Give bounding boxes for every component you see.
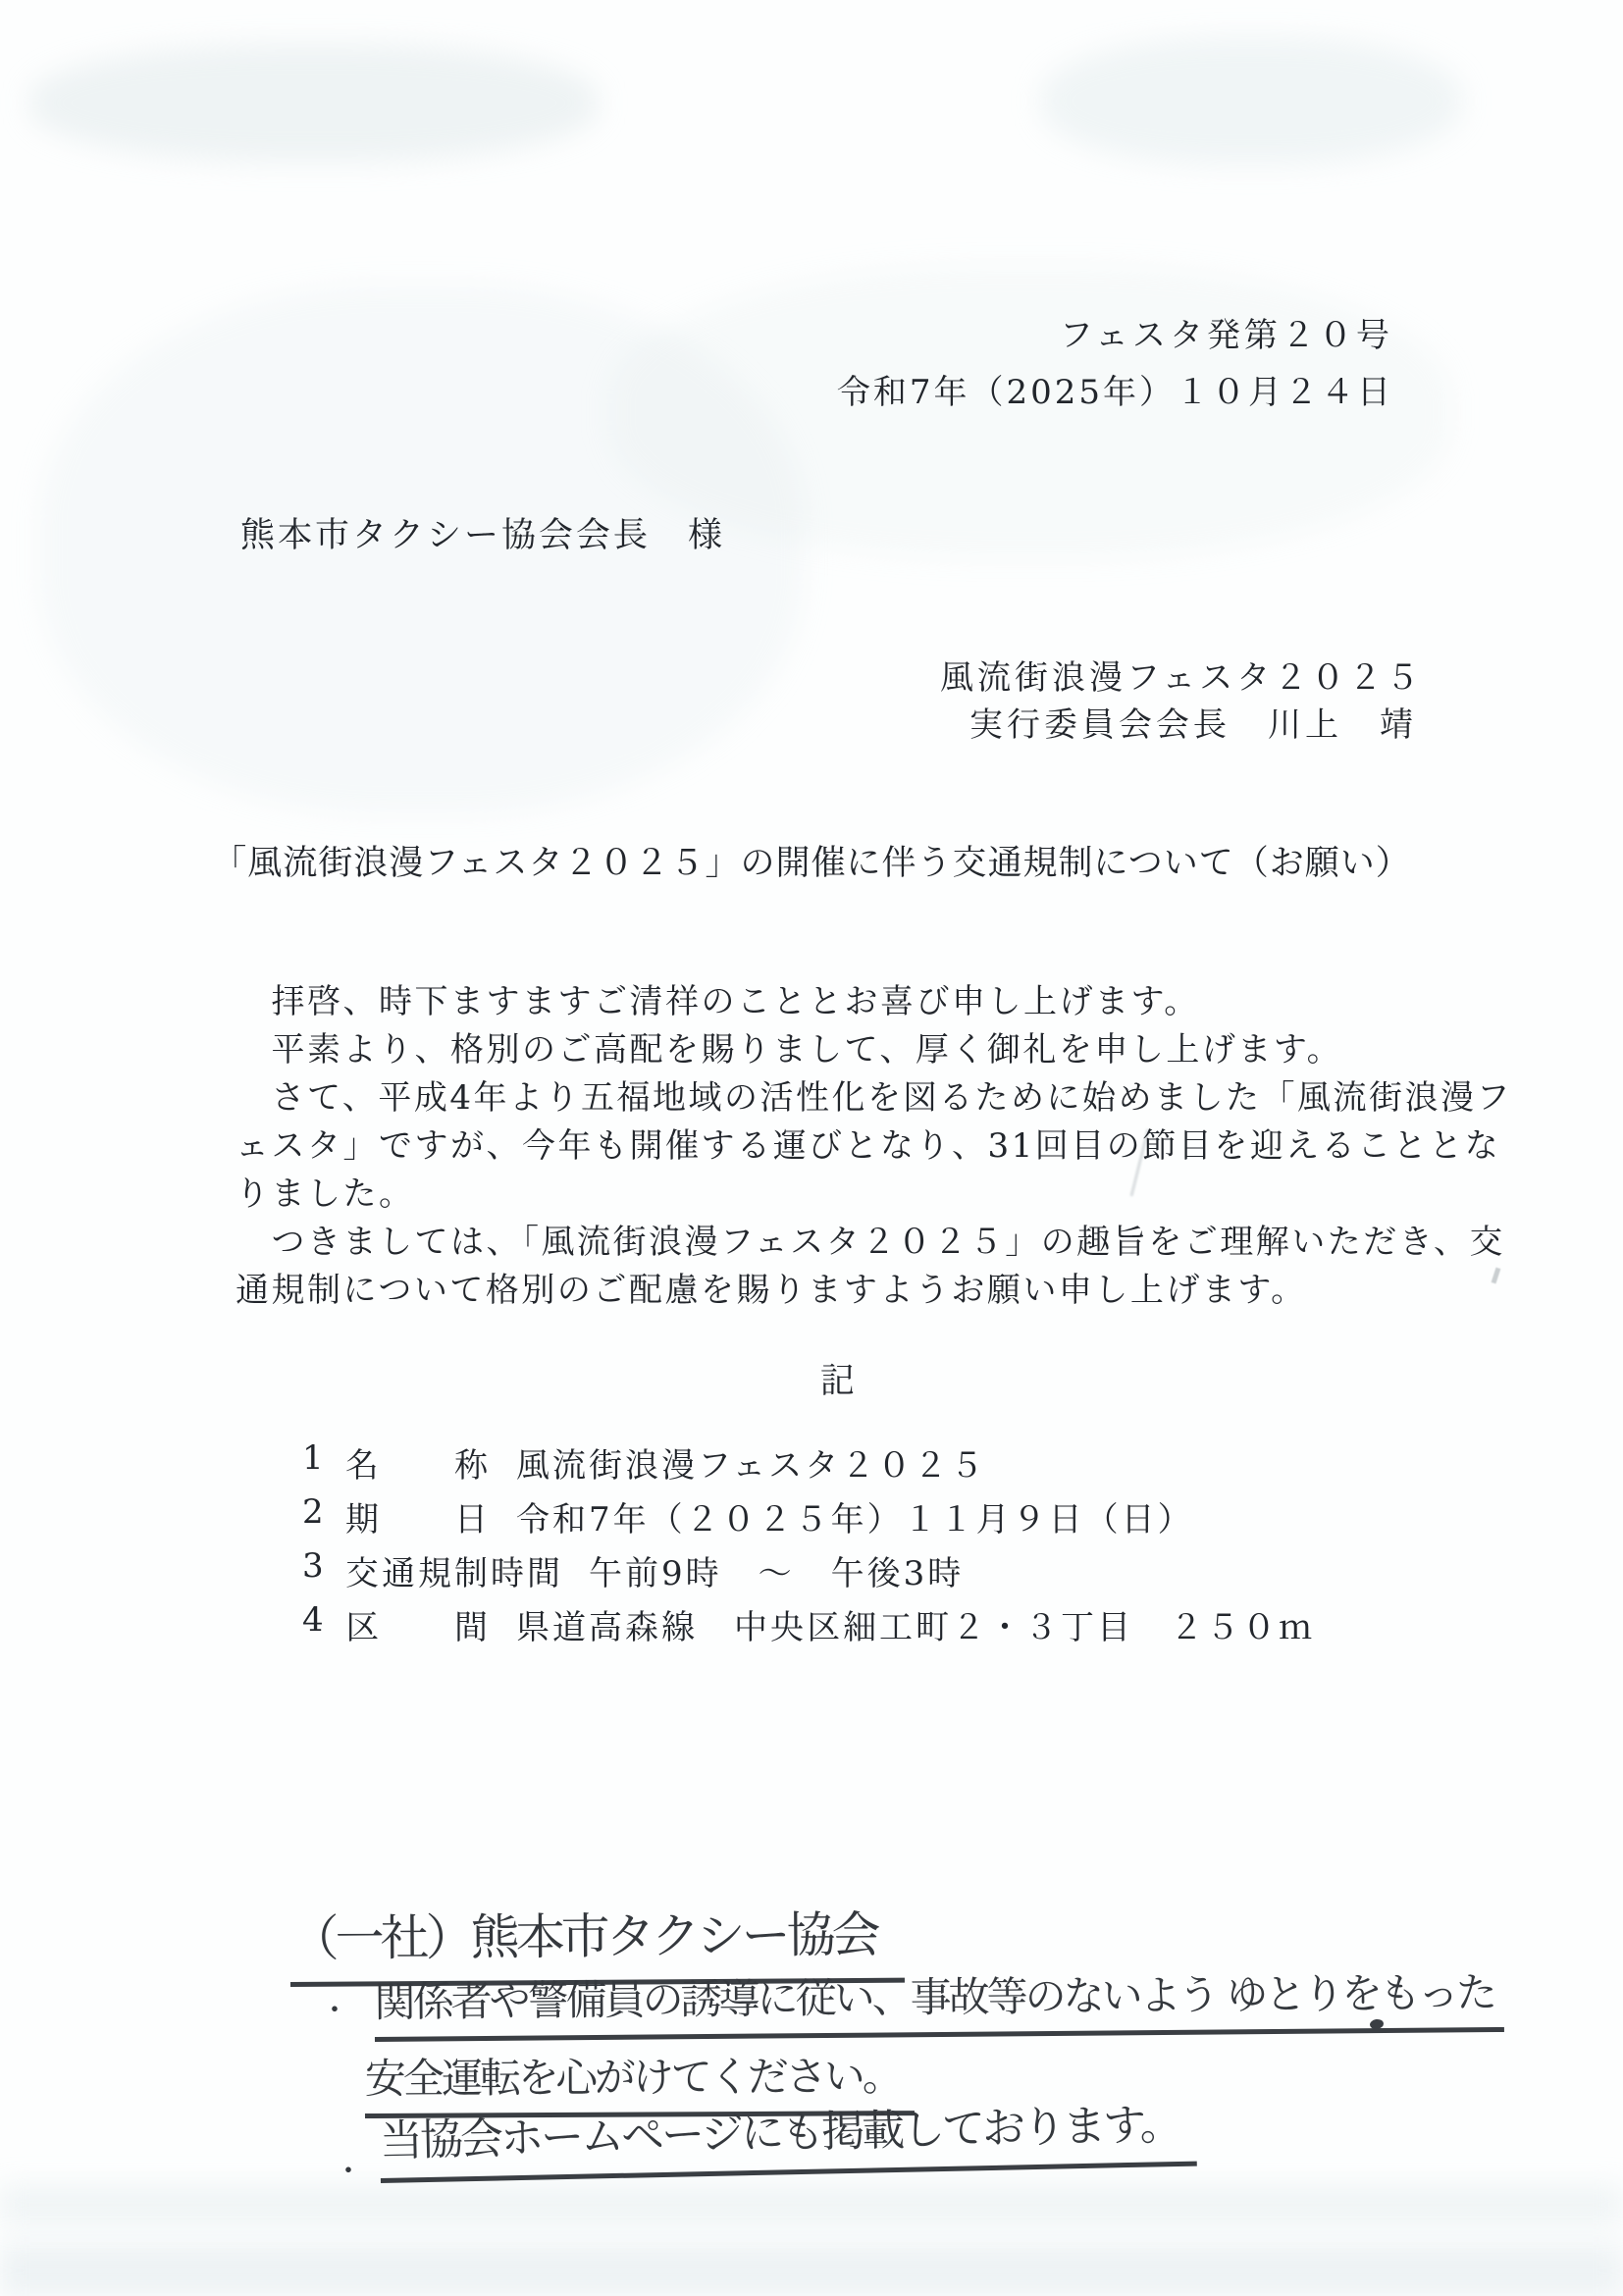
detail-value: 午前9時 ～ 午後3時 <box>589 1546 964 1594</box>
detail-number: 1 <box>302 1438 345 1478</box>
detail-label: 期 日 <box>345 1492 491 1540</box>
scan-smudge-top-right <box>1040 37 1462 165</box>
record-marker: 記 <box>27 1354 1623 1403</box>
detail-value: 風流街浪漫フェスタ２０２５ <box>516 1438 986 1487</box>
letter-title: 「風流街浪漫フェスタ２０２５」の開催に伴う交通規制について（お願い） <box>0 836 1623 885</box>
body-line: 平素より、格別のご高配を賜りまして、厚く御礼を申し上げます。 <box>236 1022 1342 1070</box>
detail-value: 令和7年（２０２５年）１１月９日（日） <box>516 1492 1194 1540</box>
body-line: つきましては、「風流街浪漫フェスタ２０２５」の趣旨をご理解いただき、交 <box>236 1215 1505 1263</box>
detail-label: 名 称 <box>345 1438 491 1487</box>
detail-label: 交通規制時間 <box>345 1546 563 1594</box>
body-line: 通規制について格別のご配慮を賜りますようお願い申し上げます。 <box>236 1263 1307 1311</box>
body-line: ェスタ」ですが、今年も開催する運びとなり、31回目の節目を迎えることとな <box>236 1119 1500 1167</box>
detail-row-regulation-hours: 3 交通規制時間 午前9時 ～ 午後3時 <box>302 1546 1315 1600</box>
sender-organization: 風流街浪漫フェスタ２０２５ <box>940 651 1423 699</box>
detail-row-section: 4 区 間 県道高森線 中央区細工町２・３丁目 ２５０ｍ <box>302 1600 1315 1654</box>
body-line: 拝啓、時下ますますご清祥のこととお喜び申し上げます。 <box>236 974 1200 1022</box>
letter-page: フェスタ発第２０号 令和7年（2025年）１０月２４日 熊本市タクシー協会会長 … <box>0 0 1623 2296</box>
document-number: フェスタ発第２０号 <box>1060 308 1393 356</box>
scan-tick-mark <box>1492 1268 1501 1284</box>
addressee: 熊本市タクシー協会会長 様 <box>240 508 725 557</box>
body-line: さて、平成4年より五福地域の活性化を図るために始めました「風流街浪漫フ <box>236 1070 1512 1119</box>
issue-date: 令和7年（2025年）１０月２４日 <box>837 365 1393 413</box>
handwritten-note-homepage: 当協会ホームページにも掲載しております。 <box>379 2089 1196 2183</box>
scan-smudge-top-left <box>29 44 599 162</box>
detail-row-name: 1 名 称 風流街浪漫フェスタ２０２５ <box>302 1438 1315 1492</box>
detail-value: 県道高森線 中央区細工町２・３丁目 ２５０ｍ <box>516 1600 1315 1648</box>
scan-streak-bottom-1 <box>0 2186 1623 2223</box>
detail-label: 区 間 <box>345 1600 491 1648</box>
handwritten-note-safety-1: 関係者や警備員の誘導に従い、事故等のないよう ゆとりをもった <box>374 1960 1504 2042</box>
sender-chairperson: 実行委員会会長 川上 靖 <box>969 698 1417 746</box>
handwritten-bullet: ・ <box>320 1986 349 2029</box>
detail-number: 3 <box>302 1546 345 1586</box>
handwritten-bullet: ・ <box>334 2147 363 2190</box>
detail-number: 4 <box>302 1600 345 1640</box>
scan-streak-bottom-2 <box>0 2245 1623 2296</box>
detail-number: 2 <box>302 1492 345 1532</box>
detail-row-date: 2 期 日 令和7年（２０２５年）１１月９日（日） <box>302 1492 1315 1546</box>
body-line: りました。 <box>236 1167 415 1215</box>
details-list: 1 名 称 風流街浪漫フェスタ２０２５ 2 期 日 令和7年（２０２５年）１１月… <box>302 1438 1315 1654</box>
